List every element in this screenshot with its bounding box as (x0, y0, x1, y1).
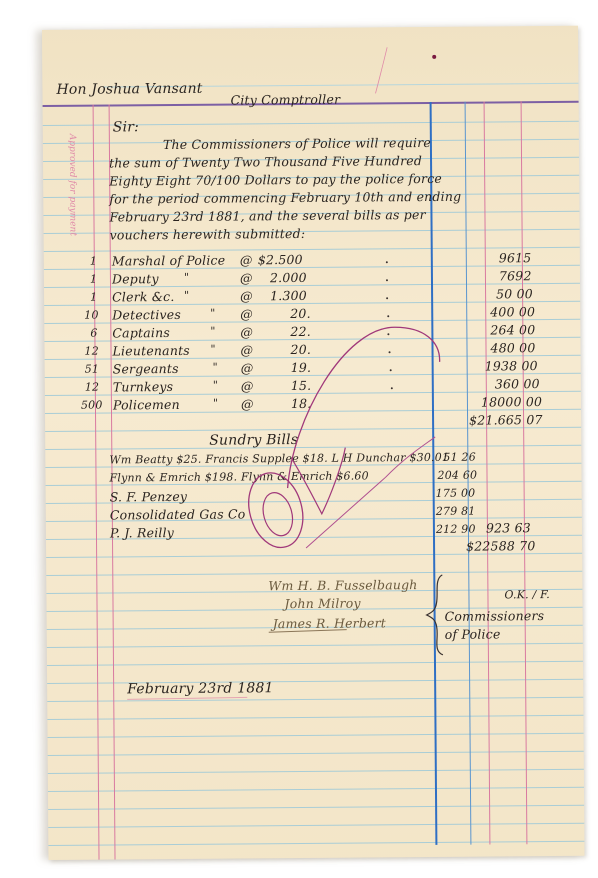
purple-loop-inner (258, 489, 297, 539)
purple-scribble (286, 327, 440, 488)
date-underline (127, 697, 247, 699)
ledger-page: Hon Joshua Vansant City Comptroller Appr… (42, 26, 585, 860)
brace-icon (426, 575, 443, 655)
ink-overlays (42, 26, 585, 860)
ink-dot (432, 55, 436, 59)
purple-loop (241, 467, 311, 554)
purple-stroke (305, 437, 436, 548)
signature-underline (269, 630, 347, 633)
pink-mark (375, 47, 387, 93)
purple-stroke (291, 448, 346, 514)
